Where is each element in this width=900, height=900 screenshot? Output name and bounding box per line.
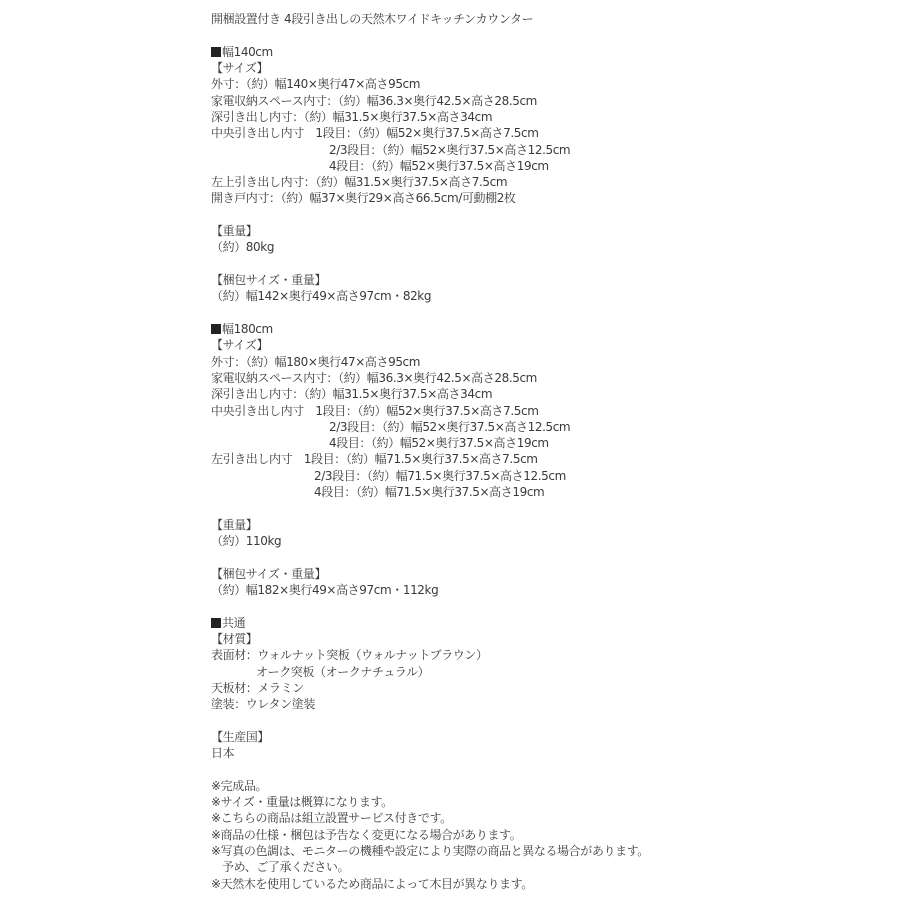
- spacer: [211, 549, 649, 565]
- door-inner: 開き戸内寸：（約）幅37×奥行29×高さ66.5cm/可動棚2枚: [211, 190, 649, 206]
- heading-text: 幅140cm: [222, 45, 273, 59]
- package-label: 【梱包サイズ・重量】: [211, 272, 649, 288]
- heading-text: 幅180cm: [222, 322, 273, 336]
- center-drawer-23: 2/3段目：（約）幅52×奥行37.5×高さ12.5cm: [211, 142, 649, 158]
- weight-value: （約）110kg: [211, 533, 649, 549]
- outer-dimensions: 外寸：（約）幅140×奥行47×高さ95cm: [211, 76, 649, 92]
- surface-material-alt: オーク突板（オークナチュラル）: [211, 664, 649, 680]
- note: ※完成品。: [211, 778, 649, 794]
- black-square-icon: [211, 47, 221, 57]
- deep-drawer: 深引き出し内寸：（約）幅31.5×奥行37.5×高さ34cm: [211, 109, 649, 125]
- left-drawer-1: 左引き出し内寸 1段目：（約）幅71.5×奥行37.5×高さ7.5cm: [211, 451, 649, 467]
- center-drawer-4: 4段目：（約）幅52×奥行37.5×高さ19cm: [211, 158, 649, 174]
- package-value: （約）幅182×奥行49×高さ97cm・112kg: [211, 582, 649, 598]
- product-title: 開梱設置付き 4段引き出しの天然木ワイドキッチンカウンター: [211, 11, 649, 27]
- note: ※商品の仕様・梱包は予告なく変更になる場合があります。: [211, 827, 649, 843]
- spacer: [211, 500, 649, 516]
- note-continuation: 予め、ご了承ください。: [211, 859, 649, 875]
- package-value: （約）幅142×奥行49×高さ97cm・82kg: [211, 288, 649, 304]
- spacer: [211, 761, 649, 777]
- appliance-space: 家電収納スペース内寸：（約）幅36.3×奥行42.5×高さ28.5cm: [211, 370, 649, 386]
- product-spec-document: 開梱設置付き 4段引き出しの天然木ワイドキッチンカウンター 幅140cm 【サイ…: [211, 11, 649, 892]
- heading-text: 共通: [222, 616, 245, 630]
- outer-dimensions: 外寸：（約）幅180×奥行47×高さ95cm: [211, 354, 649, 370]
- surface-material: 表面材：ウォルナット突板（ウォルナットブラウン）: [211, 647, 649, 663]
- weight-value: （約）80kg: [211, 239, 649, 255]
- left-drawer-4: 4段目：（約）幅71.5×奥行37.5×高さ19cm: [211, 484, 649, 500]
- origin-value: 日本: [211, 745, 649, 761]
- spacer: [211, 712, 649, 728]
- black-square-icon: [211, 618, 221, 628]
- spacer: [211, 207, 649, 223]
- size-label: 【サイズ】: [211, 337, 649, 353]
- spacer: [211, 305, 649, 321]
- note: ※こちらの商品は組立設置サービス付きです。: [211, 810, 649, 826]
- section-heading-180: 幅180cm: [211, 321, 649, 337]
- package-label: 【梱包サイズ・重量】: [211, 566, 649, 582]
- top-material: 天板材：メラミン: [211, 680, 649, 696]
- origin-label: 【生産国】: [211, 729, 649, 745]
- note: ※天然木を使用しているため商品によって木目が異なります。: [211, 876, 649, 892]
- appliance-space: 家電収納スペース内寸：（約）幅36.3×奥行42.5×高さ28.5cm: [211, 93, 649, 109]
- weight-label: 【重量】: [211, 223, 649, 239]
- left-drawer-23: 2/3段目：（約）幅71.5×奥行37.5×高さ12.5cm: [211, 468, 649, 484]
- center-drawer-1: 中央引き出し内寸 1段目：（約）幅52×奥行37.5×高さ7.5cm: [211, 125, 649, 141]
- center-drawer-4: 4段目：（約）幅52×奥行37.5×高さ19cm: [211, 435, 649, 451]
- upper-left-drawer: 左上引き出し内寸：（約）幅31.5×奥行37.5×高さ7.5cm: [211, 174, 649, 190]
- black-square-icon: [211, 324, 221, 334]
- center-drawer-1: 中央引き出し内寸 1段目：（約）幅52×奥行37.5×高さ7.5cm: [211, 403, 649, 419]
- size-label: 【サイズ】: [211, 60, 649, 76]
- note: ※写真の色調は、モニターの機種や設定により実際の商品と異なる場合があります。: [211, 843, 649, 859]
- note: ※サイズ・重量は概算になります。: [211, 794, 649, 810]
- section-heading-common: 共通: [211, 615, 649, 631]
- spacer: [211, 256, 649, 272]
- finish: 塗装：ウレタン塗装: [211, 696, 649, 712]
- section-heading-140: 幅140cm: [211, 44, 649, 60]
- spacer: [211, 27, 649, 43]
- deep-drawer: 深引き出し内寸：（約）幅31.5×奥行37.5×高さ34cm: [211, 386, 649, 402]
- material-label: 【材質】: [211, 631, 649, 647]
- spacer: [211, 598, 649, 614]
- center-drawer-23: 2/3段目：（約）幅52×奥行37.5×高さ12.5cm: [211, 419, 649, 435]
- weight-label: 【重量】: [211, 517, 649, 533]
